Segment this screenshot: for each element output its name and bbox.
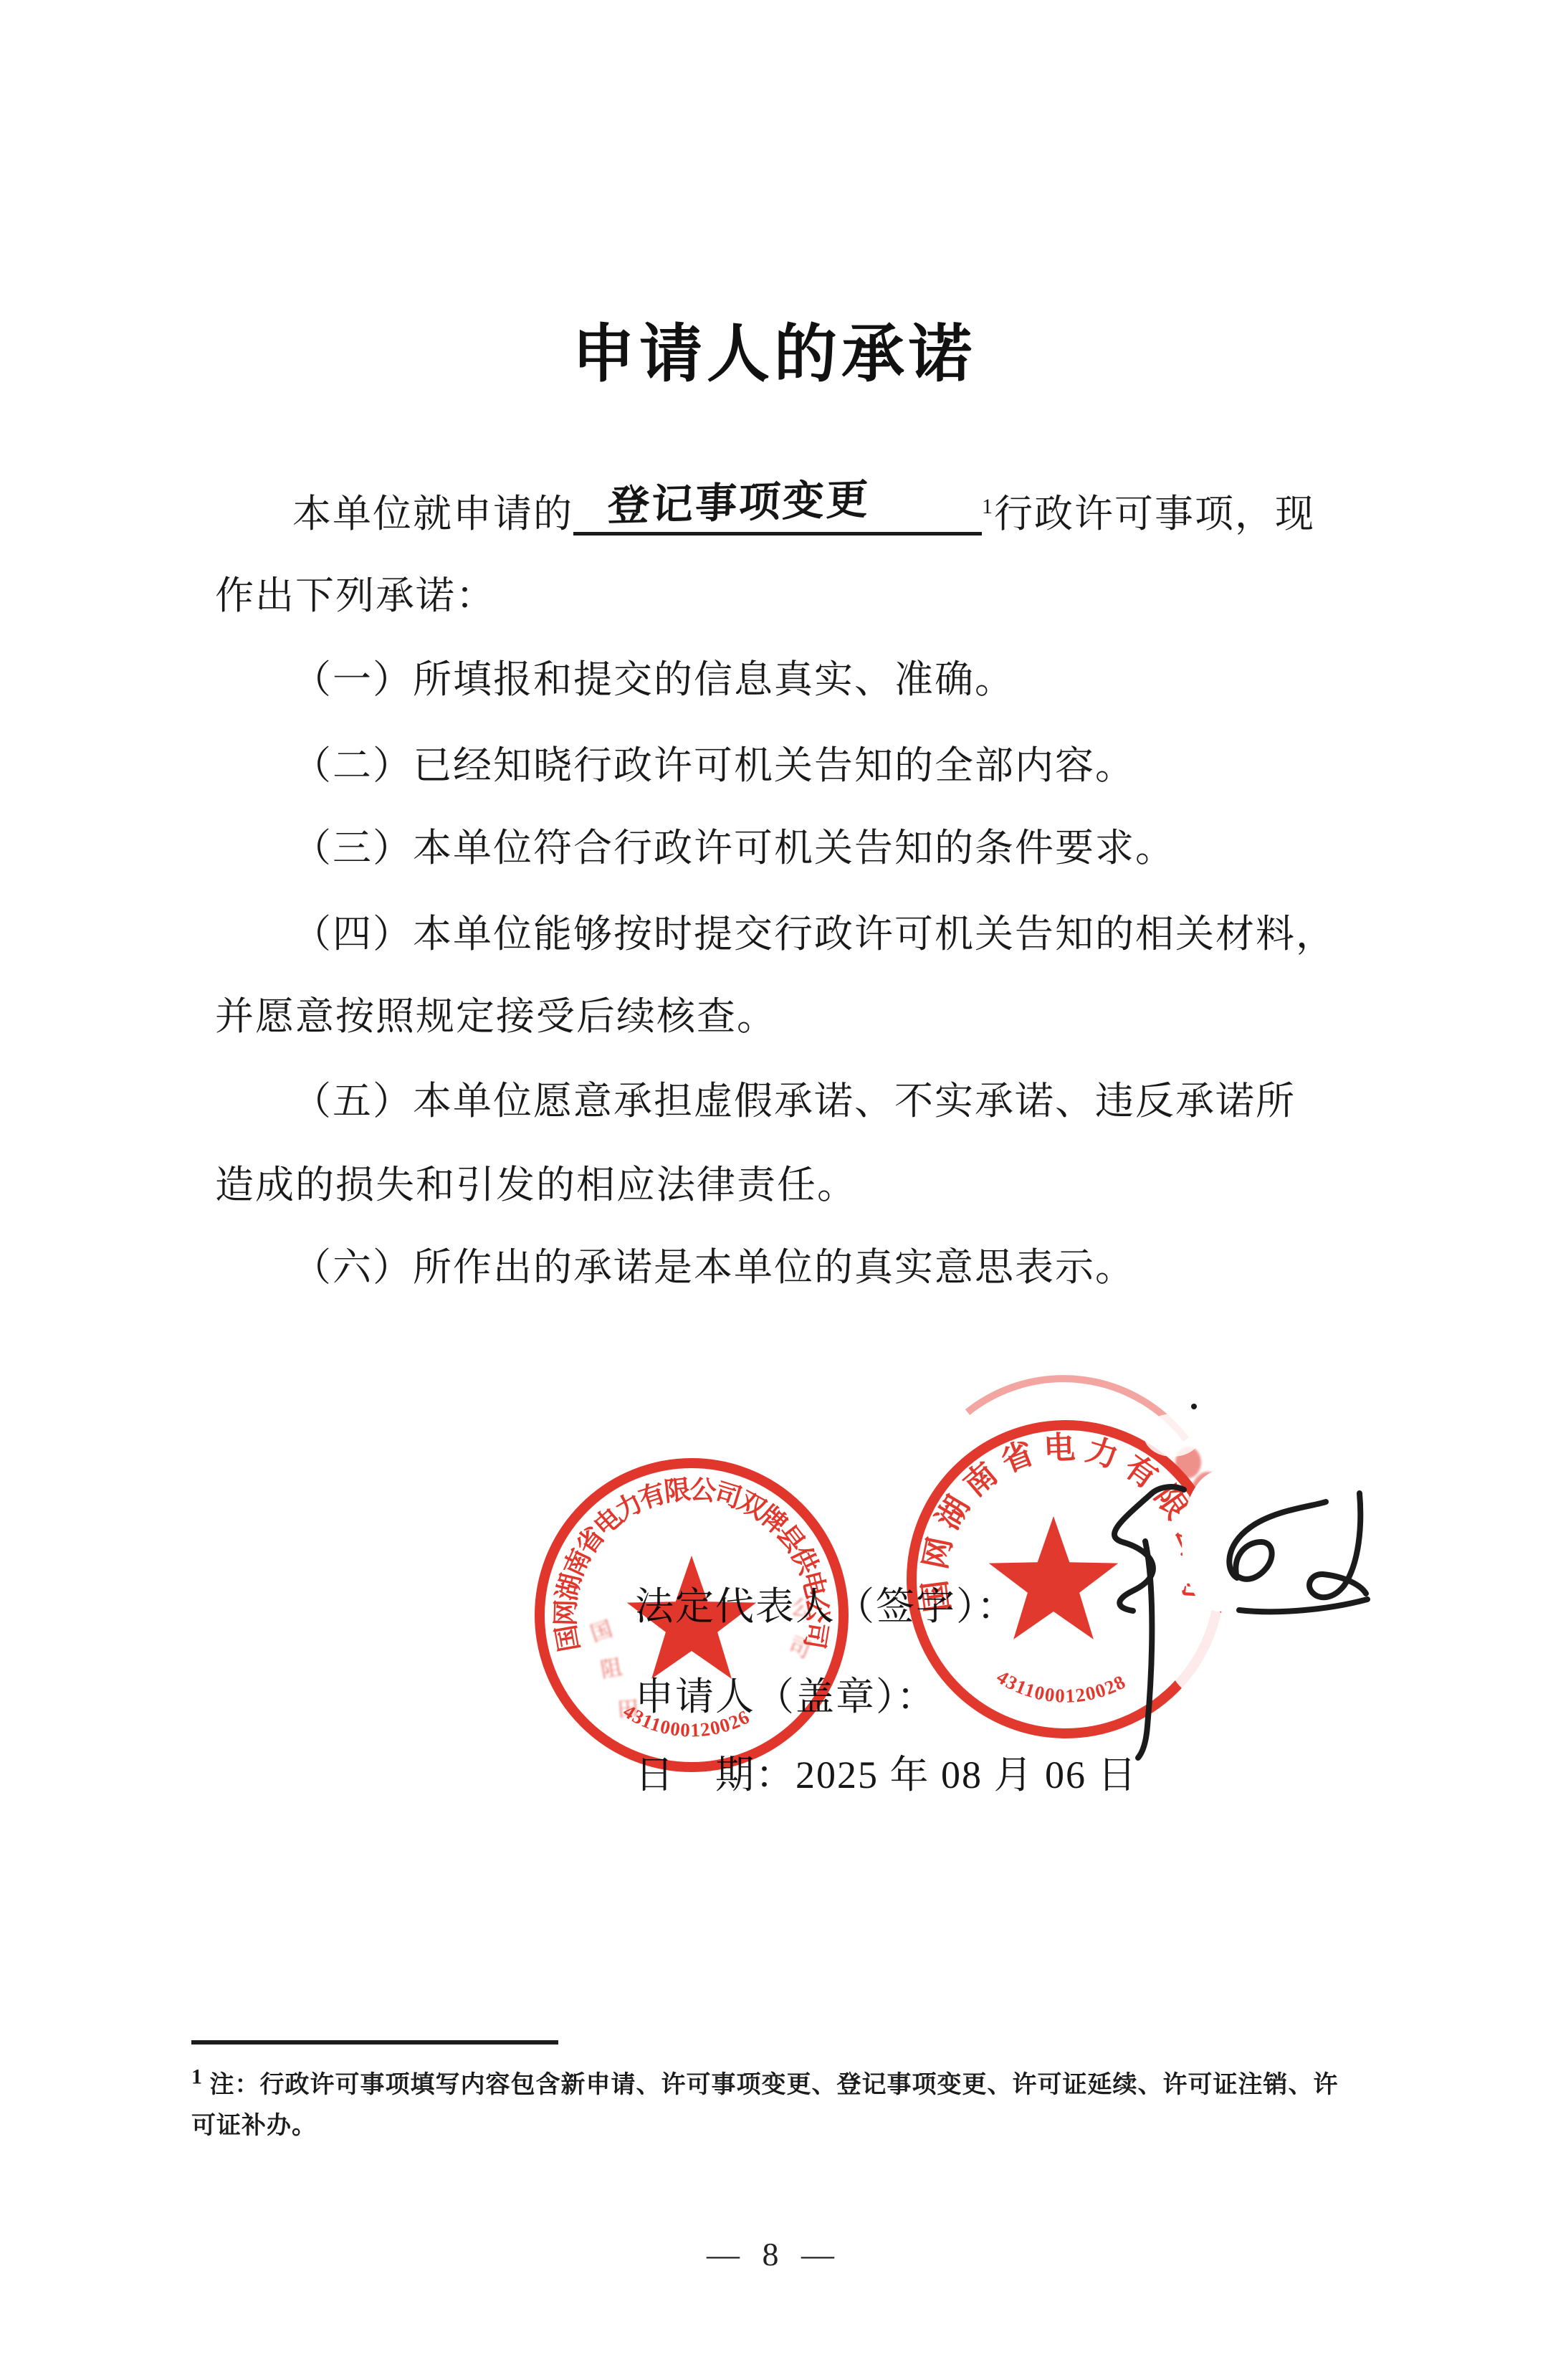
commitment-item-5: （五）本单位愿意承担虚假承诺、不实承诺、违反承诺所	[215, 1080, 1439, 1123]
footnote-reference-mark: 1	[982, 495, 994, 518]
commitment-item-5-cont: 造成的损失和引发的相应法律责任。	[215, 1163, 1362, 1206]
commitment-item-1: （一）所填报和提交的信息真实、准确。	[215, 658, 1439, 701]
paragraph-intro-line: 本单位就申请的登记事项变更1行政许可事项，现	[215, 490, 1439, 535]
ink-dot	[1191, 1404, 1197, 1409]
footnote-marker: 1	[191, 2065, 203, 2089]
footnote: 1 注：行政许可事项填写内容包含新申请、许可事项变更、登记事项变更、许可证延续、…	[191, 2065, 1360, 2146]
commitment-item-3: （三）本单位符合行政许可机关告知的条件要求。	[215, 827, 1439, 870]
page-title: 申请人的承诺	[0, 304, 1548, 394]
commitment-item-4-cont: 并愿意按照规定接受后续核查。	[215, 995, 1362, 1038]
commitment-item-2: （二）已经知晓行政许可机关告知的全部内容。	[215, 744, 1439, 787]
handwritten-application-type: 登记事项变更	[607, 478, 871, 528]
page-number: — 8 —	[0, 2235, 1548, 2273]
document-page: 申请人的承诺 本单位就申请的登记事项变更1行政许可事项，现 作出下列承诺： （一…	[0, 0, 1548, 2380]
intro-suffix: 行政许可事项，现	[994, 492, 1315, 535]
commitment-item-6: （六）所作出的承诺是本单位的真实意思表示。	[215, 1246, 1439, 1289]
body-line: 作出下列承诺：	[215, 574, 1362, 617]
footnote-text: 注：行政许可事项填写内容包含新申请、许可事项变更、登记事项变更、许可证延续、许可…	[191, 2072, 1339, 2139]
legal-rep-signature	[466, 1326, 1469, 1828]
intro-prefix: 本单位就申请的	[292, 492, 573, 535]
commitment-item-4: （四）本单位能够按时提交行政许可机关告知的相关材料，	[215, 913, 1439, 956]
footnote-divider	[191, 2040, 558, 2045]
application-type-blank: 登记事项变更	[573, 490, 982, 535]
